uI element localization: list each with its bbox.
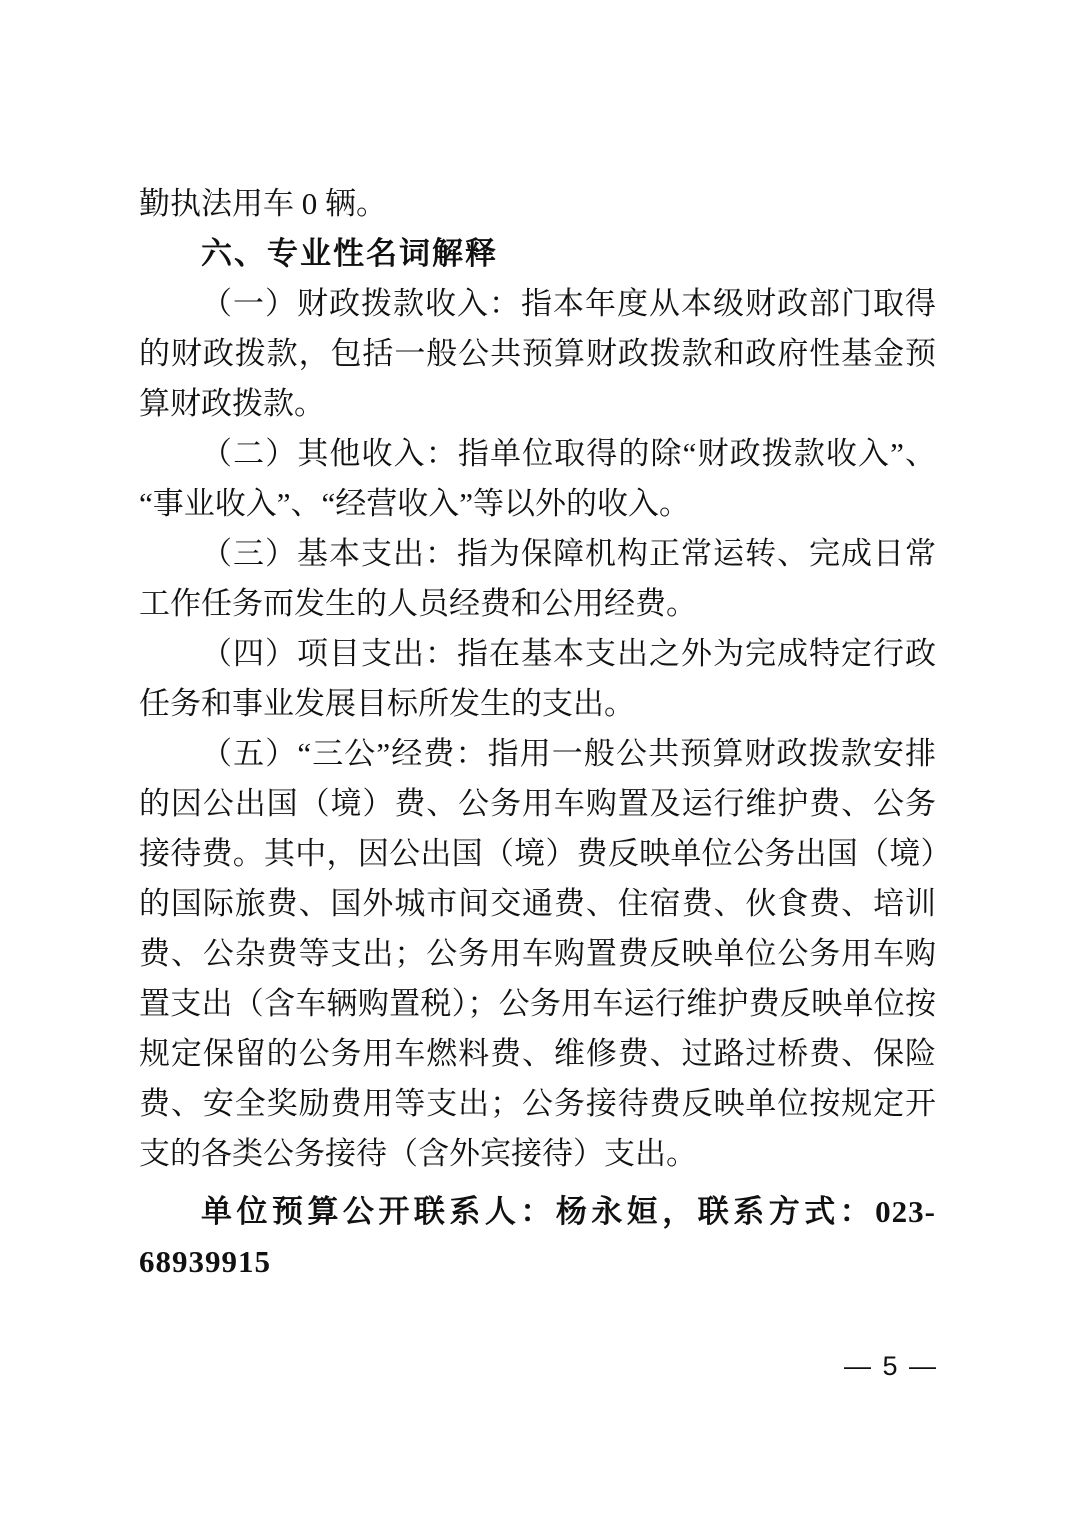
definition-paragraph-2: （二）其他收入：指单位取得的除“财政拨款收入”、“事业收入”、“经营收入”等以外… — [139, 429, 936, 529]
definition-paragraph-1: （一）财政拨款收入：指本年度从本级财政部门取得的财政拨款，包括一般公共预算财政拨… — [139, 279, 936, 429]
page-number: — 5 — — [844, 1350, 938, 1382]
contact-line: 单位预算公开联系人：杨永姮，联系方式：023-68939915 — [139, 1187, 936, 1287]
page-content: 勤执法用车 0 辆。 六、专业性名词解释 （一）财政拨款收入：指本年度从本级财政… — [139, 179, 936, 1287]
document-page: 勤执法用车 0 辆。 六、专业性名词解释 （一）财政拨款收入：指本年度从本级财政… — [0, 0, 1074, 1520]
definition-paragraph-5: （五）“三公”经费：指用一般公共预算财政拨款安排的因公出国（境）费、公务用车购置… — [139, 729, 936, 1179]
section-heading: 六、专业性名词解释 — [139, 229, 936, 279]
definition-paragraph-4: （四）项目支出：指在基本支出之外为完成特定行政任务和事业发展目标所发生的支出。 — [139, 629, 936, 729]
continuation-line: 勤执法用车 0 辆。 — [139, 179, 936, 229]
definition-paragraph-3: （三）基本支出：指为保障机构正常运转、完成日常工作任务而发生的人员经费和公用经费… — [139, 529, 936, 629]
